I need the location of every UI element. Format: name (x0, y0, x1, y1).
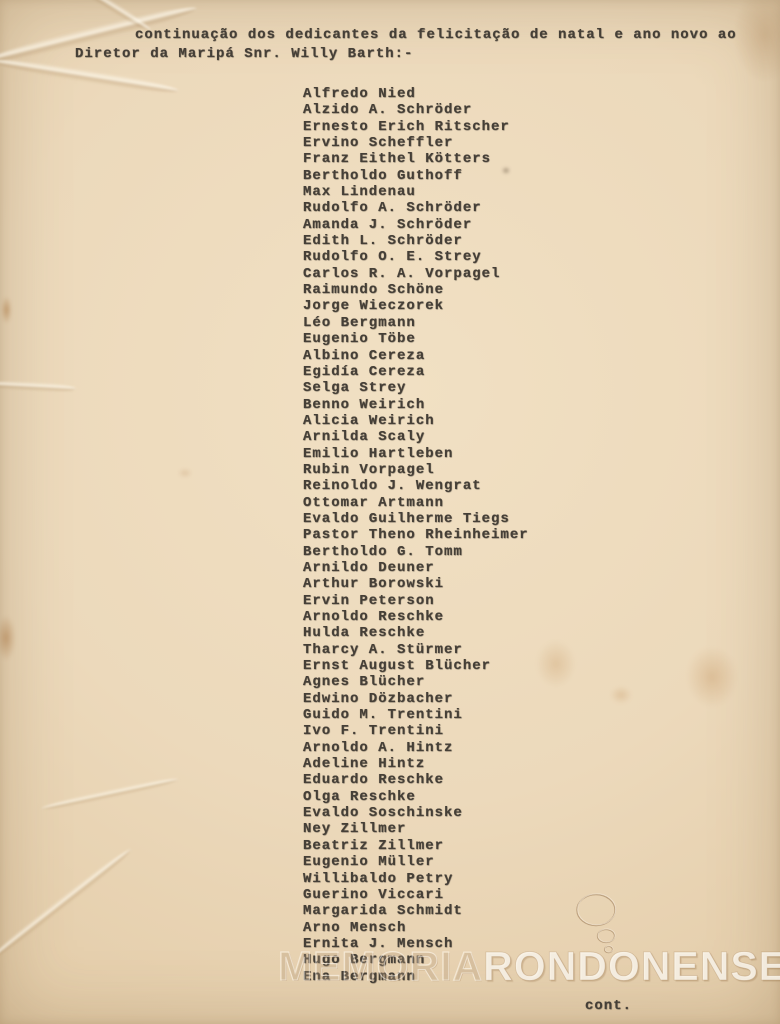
name-entry: Bertholdo Guthoff (303, 168, 529, 184)
name-entry: Margarida Schmidt (303, 903, 529, 919)
name-entry: Hulda Reschke (303, 625, 529, 641)
name-entry: Beatriz Zillmer (303, 838, 529, 854)
header-line-1: continuação dos dedicantes da felicitaçã… (135, 26, 737, 45)
paper-stain (610, 686, 632, 704)
name-entry: Carlos R. A. Vorpagel (303, 266, 529, 282)
name-entry: Ernst August Blücher (303, 658, 529, 674)
name-entry: Reinoldo J. Wengrat (303, 478, 529, 494)
name-entry: Olga Reschke (303, 789, 529, 805)
name-entry: Selga Strey (303, 380, 529, 396)
paper-crease (0, 846, 134, 965)
paper-crease (0, 380, 76, 394)
name-entry: Arnilda Scaly (303, 429, 529, 445)
name-entry: Guerino Viccari (303, 887, 529, 903)
name-entry: Adeline Hintz (303, 756, 529, 772)
name-entry: Eugenio Müller (303, 854, 529, 870)
name-entry: Arthur Borowski (303, 576, 529, 592)
name-entry: Jorge Wieczorek (303, 298, 529, 314)
name-entry: Pastor Theno Rheinheimer (303, 527, 529, 543)
header-line-2: Diretor da Maripá Snr. Willy Barth:- (75, 45, 413, 64)
name-entry: Alicia Weirich (303, 413, 529, 429)
paper-stain (686, 646, 738, 708)
name-entry: Amanda J. Schröder (303, 217, 529, 233)
name-entry: Ervino Scheffler (303, 135, 529, 151)
name-entry: Guido M. Trentini (303, 707, 529, 723)
name-entry: Evaldo Guilherme Tiegs (303, 511, 529, 527)
name-entry: Rudolfo A. Schröder (303, 200, 529, 216)
name-entry: Alfredo Nied (303, 86, 529, 102)
name-entry: Max Lindenau (303, 184, 529, 200)
name-entry: Rudolfo O. E. Strey (303, 249, 529, 265)
name-entry: Arno Mensch (303, 920, 529, 936)
paper-crease (41, 776, 180, 813)
name-entry: Arnildo Deuner (303, 560, 529, 576)
name-entry: Edwino Dözbacher (303, 691, 529, 707)
paper-stain (536, 640, 576, 688)
name-entry: Franz Eithel Kötters (303, 151, 529, 167)
name-entry: Agnes Blücher (303, 674, 529, 690)
paper-stain (735, 0, 780, 80)
name-entry: Tharcy A. Stürmer (303, 642, 529, 658)
name-entry: Léo Bergmann (303, 315, 529, 331)
name-entry: Willibaldo Petry (303, 871, 529, 887)
name-entry: Ottomar Artmann (303, 495, 529, 511)
paper-stain (1, 296, 12, 324)
name-entry: Emilio Hartleben (303, 446, 529, 462)
name-entry: Arnoldo Reschke (303, 609, 529, 625)
name-entry: Ervin Peterson (303, 593, 529, 609)
paper-stain (178, 468, 192, 478)
name-entry: Ernita J. Mensch (303, 936, 529, 952)
name-entry: Hugo Bergmann (303, 952, 529, 968)
name-entry: Eugenio Töbe (303, 331, 529, 347)
name-entry: Arnoldo A. Hintz (303, 740, 529, 756)
name-entry: Rubin Vorpagel (303, 462, 529, 478)
name-entry: Alzido A. Schröder (303, 102, 529, 118)
document-page: continuação dos dedicantes da felicitaçã… (0, 0, 780, 1024)
name-entry: Eduardo Reschke (303, 772, 529, 788)
name-entry: Egidía Cereza (303, 364, 529, 380)
names-list: Alfredo NiedAlzido A. SchröderErnesto Er… (303, 86, 529, 985)
name-entry: Albino Cereza (303, 348, 529, 364)
name-entry: Edith L. Schröder (303, 233, 529, 249)
name-entry: Ney Zillmer (303, 821, 529, 837)
name-entry: Ernesto Erich Ritscher (303, 119, 529, 135)
name-entry: Evaldo Soschinske (303, 805, 529, 821)
name-entry: Ena Bergmann (303, 969, 529, 985)
name-entry: Raimundo Schöne (303, 282, 529, 298)
name-entry: Benno Weirich (303, 397, 529, 413)
name-entry: Ivo F. Trentini (303, 723, 529, 739)
name-entry: Bertholdo G. Tomm (303, 544, 529, 560)
thought-bubble-icon (572, 888, 624, 956)
paper-stain (0, 615, 16, 661)
continuation-note: cont. (585, 998, 632, 1014)
